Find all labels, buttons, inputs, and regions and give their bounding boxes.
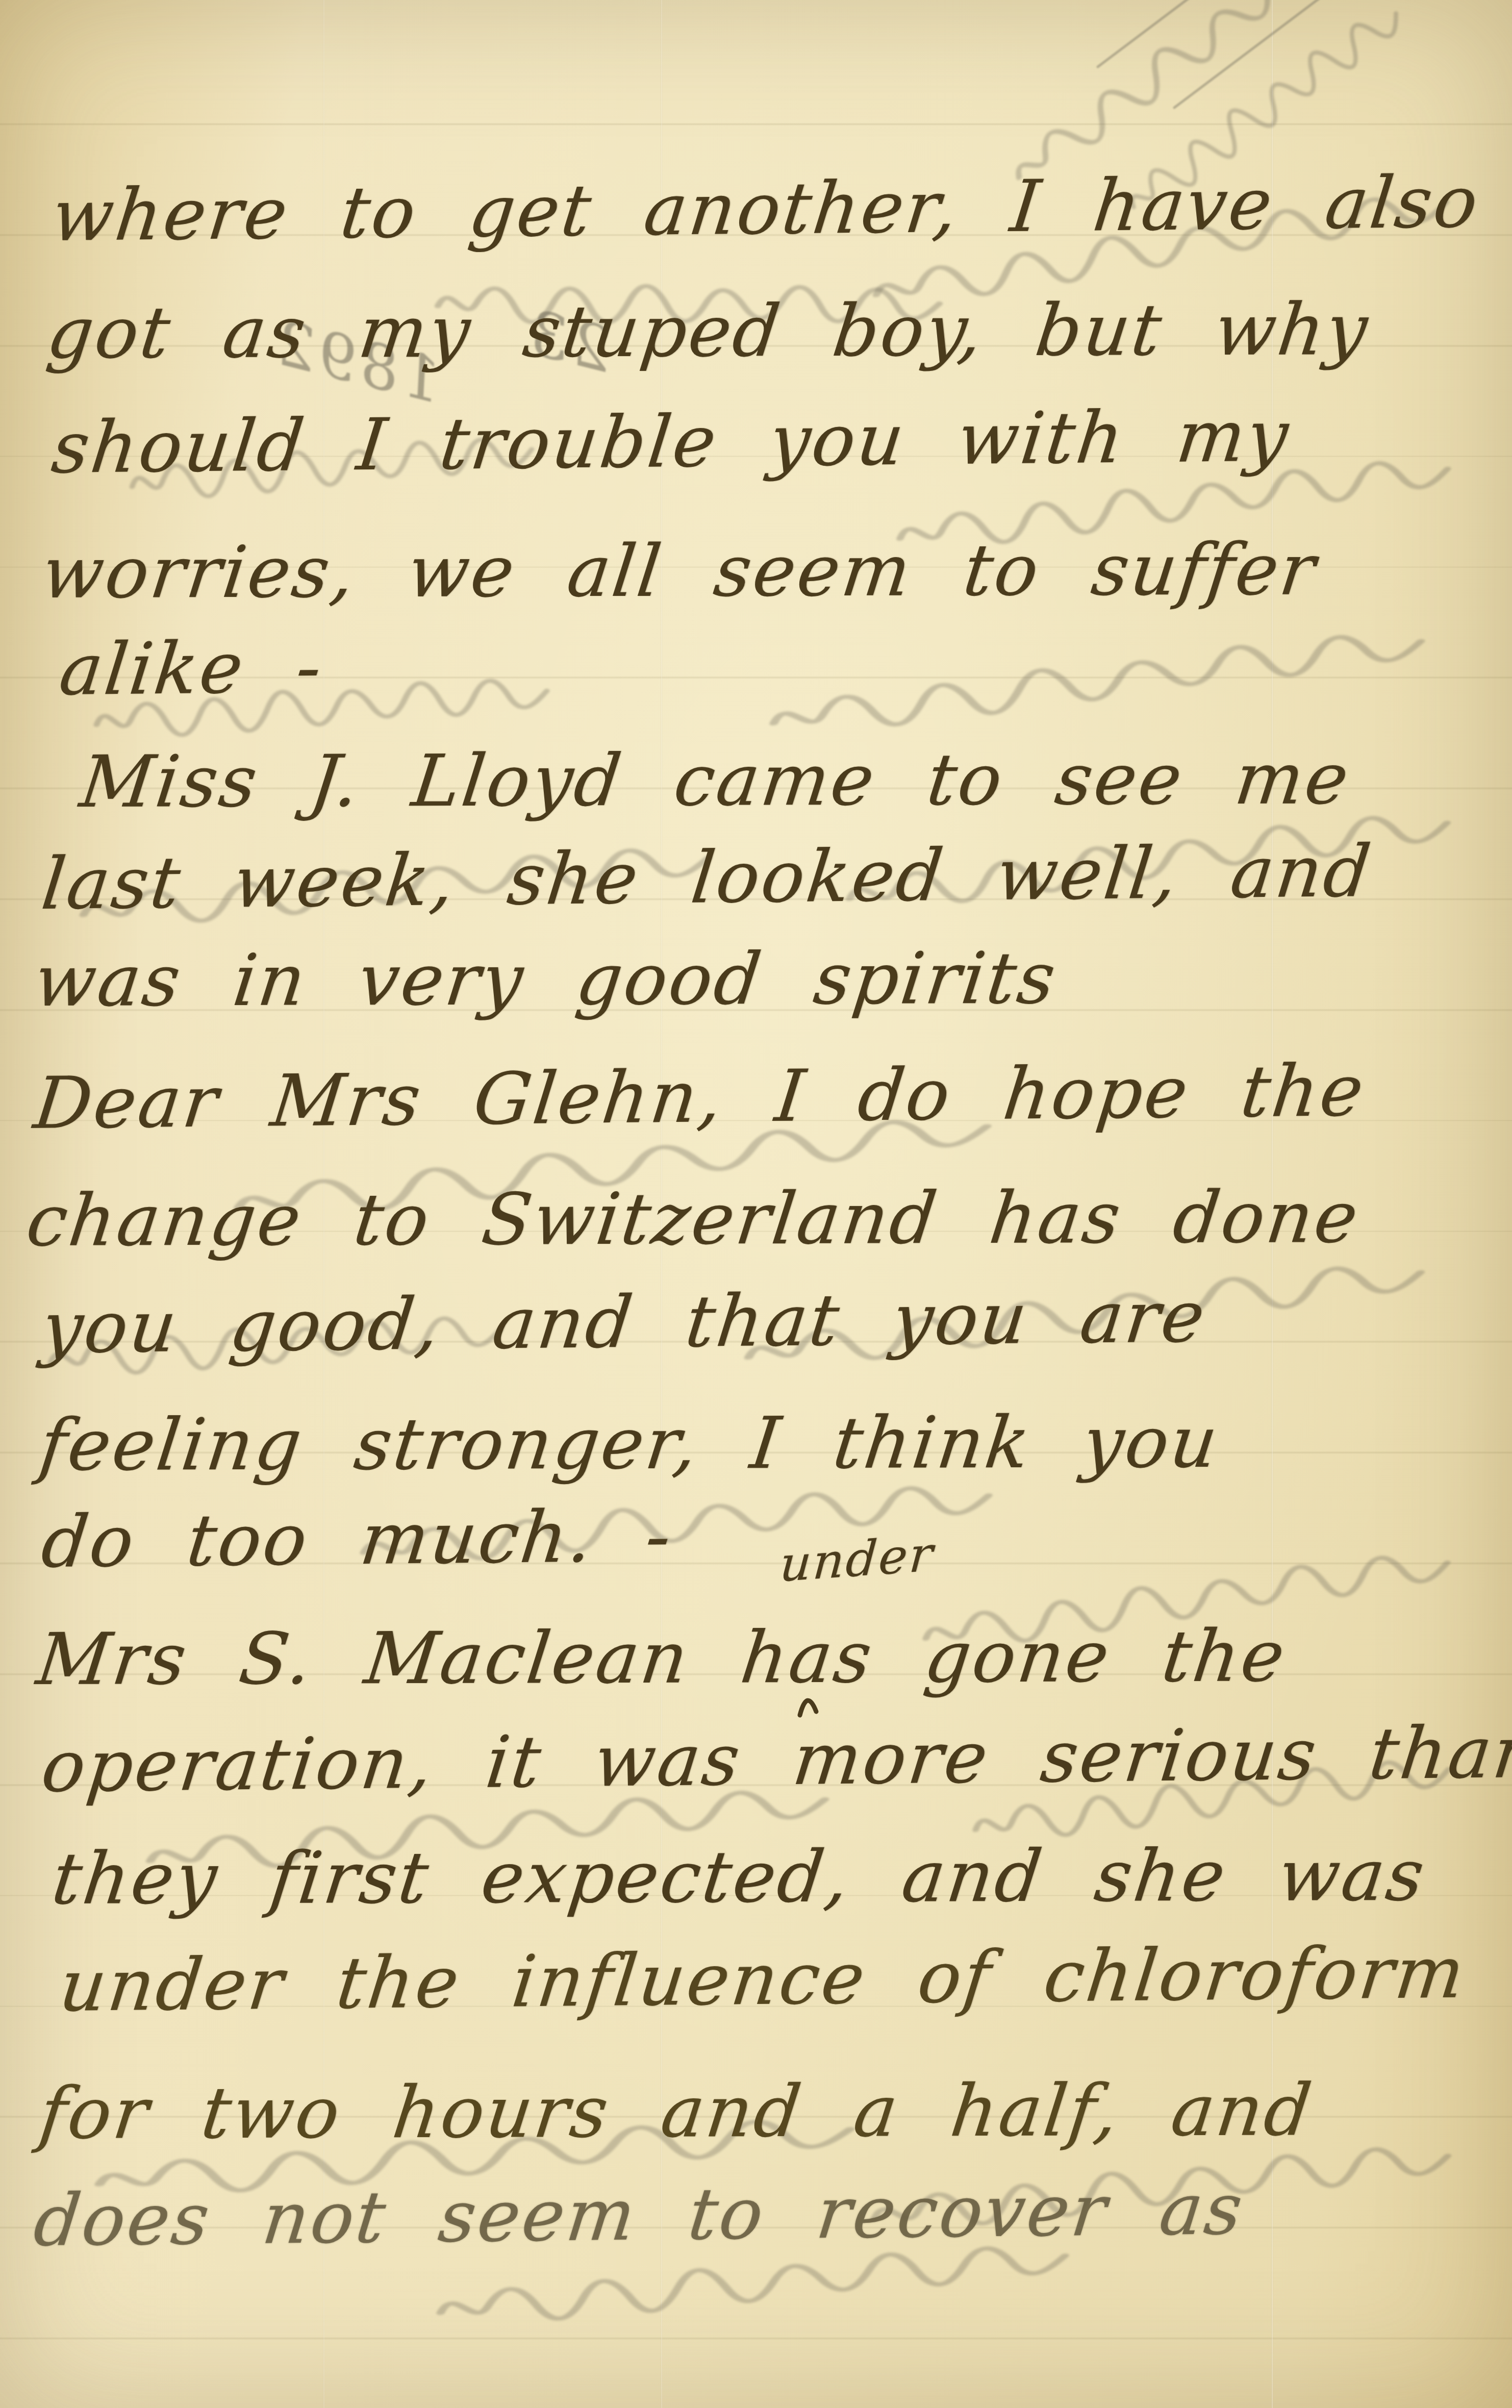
handwriting-line: worries, we all seem to suffer — [38, 534, 1321, 609]
insertion-caret-mark — [796, 1684, 821, 1719]
handwriting-line: should I trouble you with my — [48, 401, 1294, 484]
handwriting-line: feeling stronger, I think you — [36, 1407, 1223, 1482]
handwriting-line: Miss J. Lloyd came to see me — [77, 743, 1354, 818]
handwriting-line: last week, she looked well, and — [38, 836, 1376, 920]
handwriting-line: Dear Mrs Glehn, I do hope the — [31, 1056, 1369, 1140]
handwriting-line: for two hours and a half, and — [36, 2075, 1317, 2150]
handwriting-line: alike - — [56, 632, 327, 706]
handwriting-line: under the influence of chloroform — [56, 1938, 1470, 2022]
handwriting-line: was in very good spirits — [31, 943, 1061, 1017]
handwriting-line: they first expected, and she was — [48, 1840, 1429, 1915]
handwriting-line: operation, it was more serious than — [38, 1717, 1512, 1803]
handwriting-line: where to get another, I have also — [48, 167, 1483, 252]
handwriting-line: do too much. - — [38, 1501, 676, 1578]
inserted-word: under — [778, 1531, 936, 1590]
handwriting-line: Mrs S. Maclean has gone the — [33, 1621, 1290, 1696]
handwriting-line: change to Switzerland has done — [23, 1182, 1364, 1257]
letter-page: 1892 23 where to get another, I have als… — [0, 0, 1512, 2408]
handwriting-line: you good, and that you are — [38, 1282, 1210, 1364]
handwriting-line: got as my stuped boy, but why — [43, 294, 1373, 369]
handwriting-line: does not seem to recover as — [31, 2174, 1248, 2257]
